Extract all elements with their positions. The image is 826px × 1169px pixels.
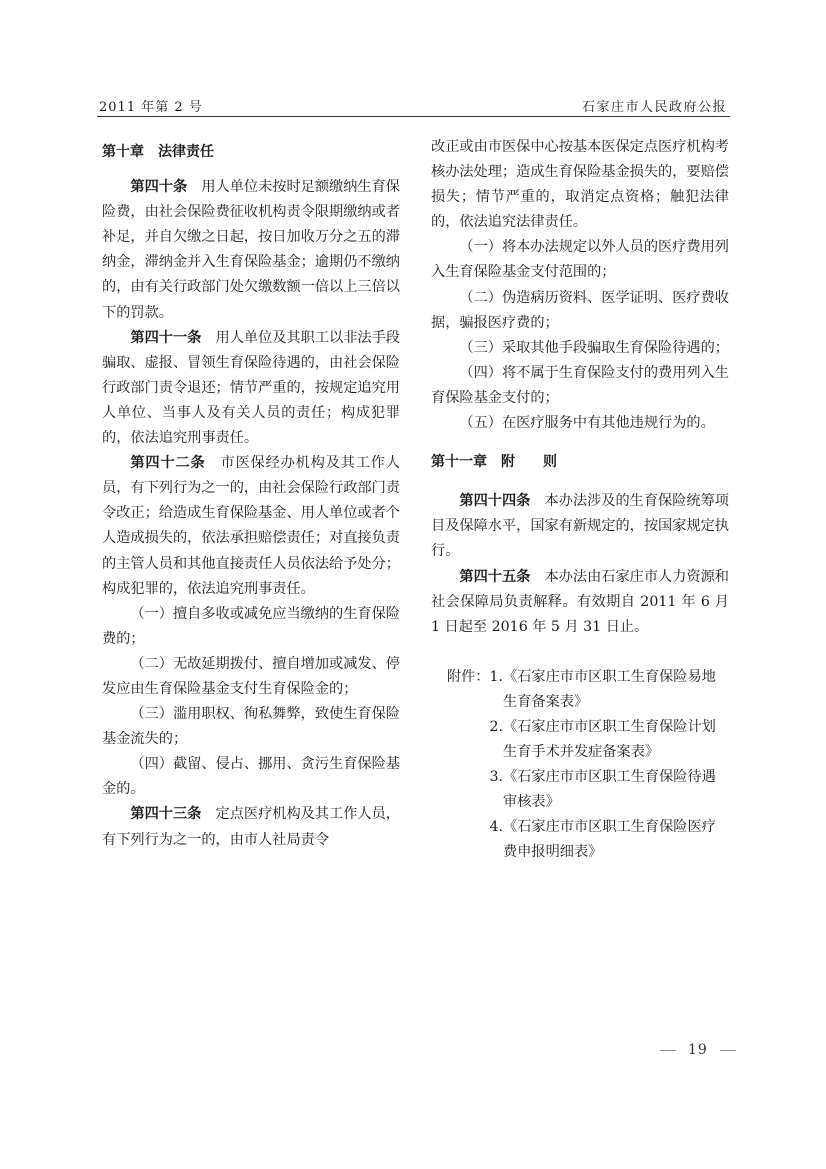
article-42-label: 第四十二条 bbox=[130, 455, 205, 471]
attachment-number: 4. bbox=[431, 815, 503, 865]
article-43-continuation: 改正或由市医保中心按基本医保定点医疗机构考核办法处理；造成生育保险基金损失的，要… bbox=[431, 135, 729, 235]
header-rule bbox=[97, 116, 730, 117]
list-item: （五）在医疗服务中有其他违规行为的。 bbox=[431, 411, 729, 436]
list-item: （一）擅自多收或减免应当缴纳的生育保险费的； bbox=[102, 602, 400, 652]
article-40: 第四十条 用人单位未按时足额缴纳生育保险费，由社会保险费征收机构责令限期缴纳或者… bbox=[102, 175, 400, 326]
attachment-item: 2. 《石家庄市市区职工生育保险计划生育手术并发症备案表》 bbox=[431, 715, 729, 765]
list-item: （二）伪造病历资料、医学证明、医疗费收据，骗报医疗费的； bbox=[431, 286, 729, 336]
attachment-number: 3. bbox=[431, 765, 503, 815]
dash-left bbox=[660, 1050, 676, 1051]
article-43: 第四十三条 定点医疗机构及其工作人员，有下列行为之一的，由市人社局责令 bbox=[102, 802, 400, 852]
attachment-title: 《石家庄市市区职工生育保险易地生育备案表》 bbox=[503, 665, 729, 715]
attachment-item: 4. 《石家庄市市区职工生育保险医疗费申报明细表》 bbox=[431, 815, 729, 865]
article-45: 第四十五条 本办法由石家庄市人力资源和社会保障局负责解释。有效期自 2011 年… bbox=[431, 565, 729, 640]
attachments-list: 附件：1. 《石家庄市市区职工生育保险易地生育备案表》 2. 《石家庄市市区职工… bbox=[431, 665, 729, 866]
attachment-number: 2. bbox=[431, 715, 503, 765]
article-44: 第四十四条 本办法涉及的生育保险统筹项目及保障水平，国家有新规定的，按国家规定执… bbox=[431, 489, 729, 564]
attachment-item: 附件：1. 《石家庄市市区职工生育保险易地生育备案表》 bbox=[431, 665, 729, 715]
list-item: （三）滥用职权、徇私舞弊，致使生育保险基金流失的； bbox=[102, 702, 400, 752]
attachment-title: 《石家庄市市区职工生育保险医疗费申报明细表》 bbox=[503, 815, 729, 865]
left-column: 第十章 法律责任 第四十条 用人单位未按时足额缴纳生育保险费，由社会保险费征收机… bbox=[102, 140, 400, 853]
list-item: （四）将不属于生育保险支付的费用列入生育保险基金支付的； bbox=[431, 361, 729, 411]
running-header: 2011 年第 2 号 石家庄市人民政府公报 bbox=[97, 96, 727, 116]
attachment-item: 3. 《石家庄市市区职工生育保险待遇审核表》 bbox=[431, 765, 729, 815]
list-item: （二）无故延期拨付、擅自增加或减发、停发应由生育保险基金支付生育保险金的； bbox=[102, 652, 400, 702]
attachment-title: 《石家庄市市区职工生育保险计划生育手术并发症备案表》 bbox=[503, 715, 729, 765]
list-item: （四）截留、侵占、挪用、贪污生育保险基金的。 bbox=[102, 752, 400, 802]
list-item: （一）将本办法规定以外人员的医疗费用列入生育保险基金支付范围的； bbox=[431, 235, 729, 285]
attachments-label: 附件：1. bbox=[431, 665, 503, 715]
article-42: 第四十二条 市医保经办机构及其工作人员，有下列行为之一的，由社会保险行政部门责令… bbox=[102, 451, 400, 602]
dash-right bbox=[720, 1050, 736, 1051]
page-number-value: 19 bbox=[688, 1042, 708, 1058]
chapter-10-title: 第十章 法律责任 bbox=[102, 140, 400, 165]
article-42-text: 市医保经办机构及其工作人员，有下列行为之一的，由社会保险行政部门责令改正；给造成… bbox=[102, 455, 400, 596]
article-40-text: 用人单位未按时足额缴纳生育保险费，由社会保险费征收机构责令限期缴纳或者补足，并自… bbox=[102, 179, 400, 320]
right-column: 改正或由市医保中心按基本医保定点医疗机构考核办法处理；造成生育保险基金损失的，要… bbox=[431, 135, 729, 866]
page-number: 19 bbox=[648, 1042, 748, 1058]
article-40-label: 第四十条 bbox=[130, 179, 187, 195]
publication-title: 石家庄市人民政府公报 bbox=[582, 96, 727, 115]
article-41-label: 第四十一条 bbox=[130, 330, 201, 346]
chapter-11-title: 第十一章 附 则 bbox=[431, 450, 729, 475]
article-44-label: 第四十四条 bbox=[459, 493, 530, 509]
article-45-label: 第四十五条 bbox=[459, 569, 530, 585]
article-43-label: 第四十三条 bbox=[130, 806, 201, 822]
article-41: 第四十一条 用人单位及其职工以非法手段骗取、虚报、冒领生育保险待遇的，由社会保险… bbox=[102, 326, 400, 451]
list-item: （三）采取其他手段骗取生育保险待遇的； bbox=[431, 336, 729, 361]
issue-number: 2011 年第 2 号 bbox=[99, 96, 203, 115]
attachment-title: 《石家庄市市区职工生育保险待遇审核表》 bbox=[503, 765, 729, 815]
article-41-text: 用人单位及其职工以非法手段骗取、虚报、冒领生育保险待遇的，由社会保险行政部门责令… bbox=[102, 330, 400, 446]
